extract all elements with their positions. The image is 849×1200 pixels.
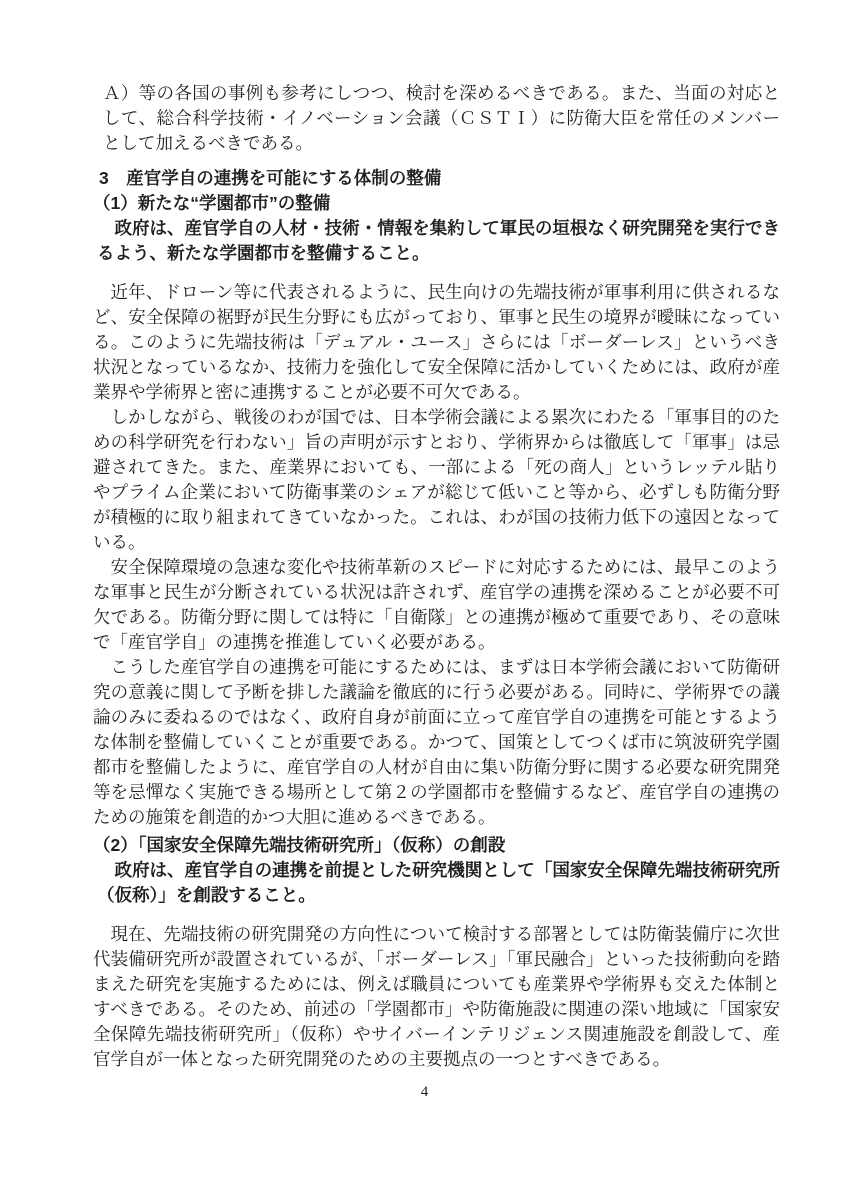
body-paragraph: 現在、先端技術の研究開発の方向性について検討する部署としては防衛装備庁に次世代装… [93, 922, 780, 1072]
subsection-2-heading: （2）「国家安全保障先端技術研究所」（仮称）の創設 [93, 833, 780, 858]
body-paragraph: 近年、ドローン等に代表されるように、民生向けの先端技術が軍事利用に供されるなど、… [93, 280, 780, 405]
section-3-heading: 3 産官学自の連携を可能にする体制の整備 [99, 166, 780, 191]
body-paragraph: こうした産官学自の連携を可能にするためには、まずは日本学術会議において防衛研究の… [93, 655, 780, 830]
body-paragraph: しかしながら、戦後のわが国では、日本学術会議による累次にわたる「軍事目的のための… [93, 405, 780, 555]
document-page: Ａ）等の各国の事例も参考にしつつ、検討を深めるべきである。また、当面の対応として… [0, 0, 849, 1200]
intro-paragraph: Ａ）等の各国の事例も参考にしつつ、検討を深めるべきである。また、当面の対応として… [103, 81, 780, 156]
subsection-2-directive: 政府は、産官学自の連携を前提とした研究機関として「国家安全保障先端技術研究所（仮… [97, 858, 780, 908]
page-number: 4 [0, 1083, 849, 1101]
subsection-1-directive: 政府は、産官学自の人材・技術・情報を集約して軍民の垣根なく研究開発を実行できるよ… [97, 216, 780, 266]
page-content: Ａ）等の各国の事例も参考にしつつ、検討を深めるべきである。また、当面の対応として… [93, 81, 780, 1072]
subsection-1-heading: （1）新たな“学園都市”の整備 [93, 191, 780, 216]
body-paragraph: 安全保障環境の急速な変化や技術革新のスピードに対応するためには、最早このような軍… [93, 555, 780, 655]
